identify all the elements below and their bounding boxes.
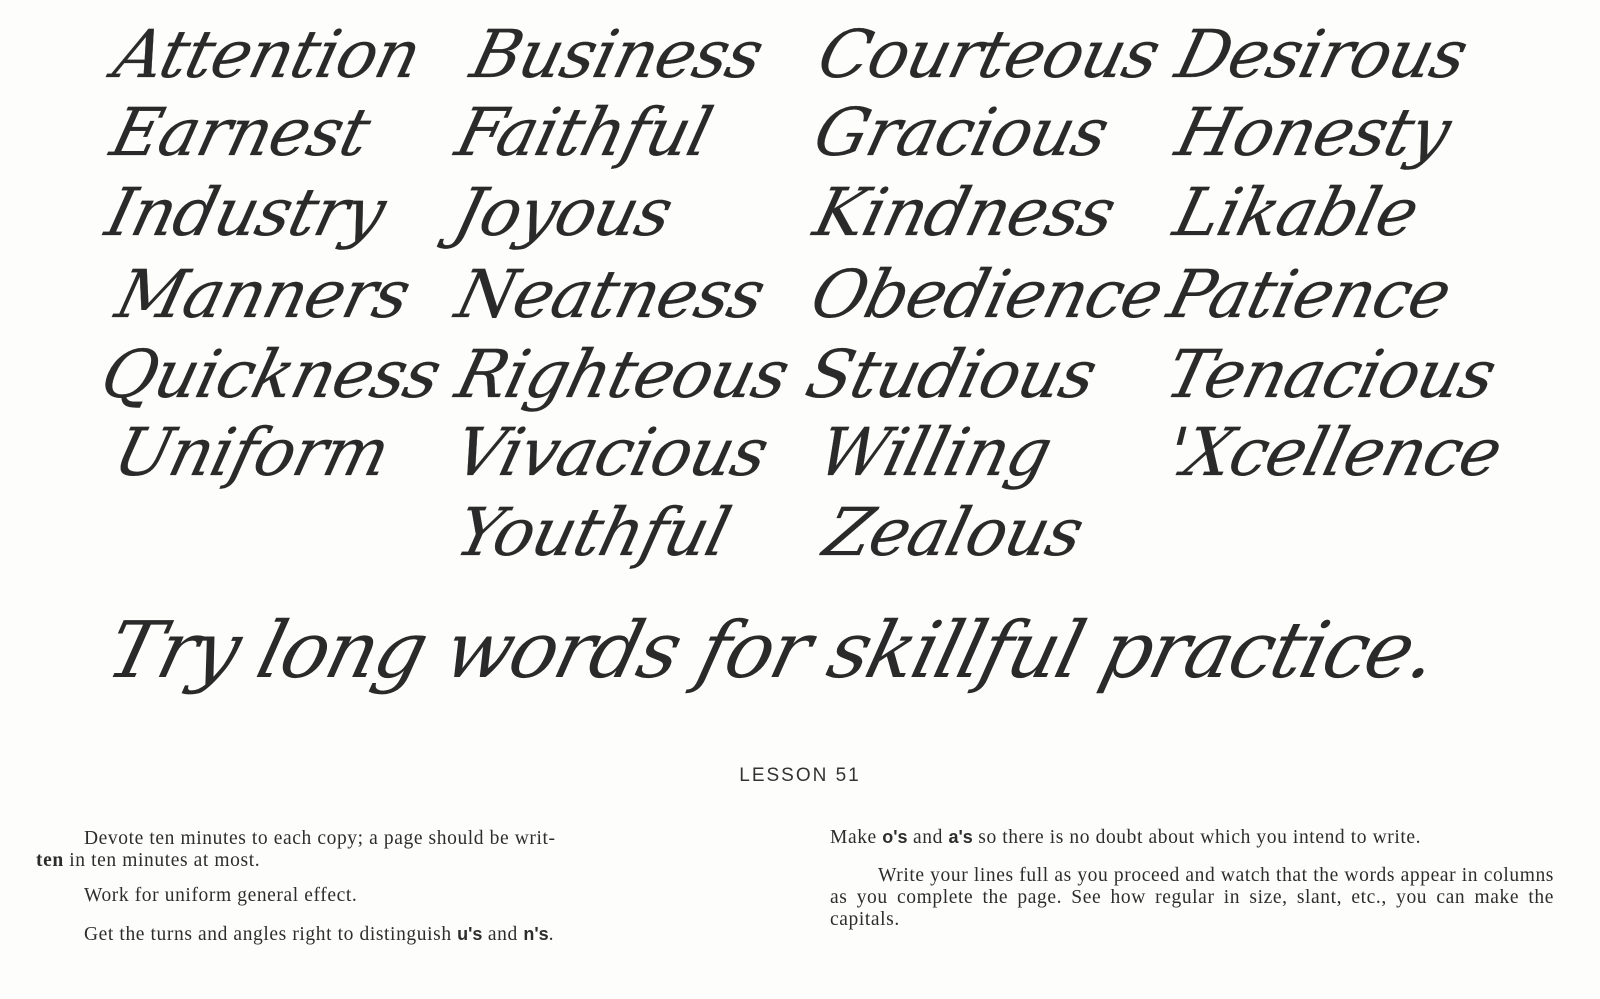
copy-word: Courteous	[812, 22, 1165, 88]
letter-example: a's	[948, 827, 972, 847]
instruction-paragraph: Get the turns and angles right to distin…	[36, 923, 764, 946]
instruction-text: and	[482, 924, 523, 945]
copy-word: Obedience	[805, 262, 1169, 328]
instruction-text: Get the turns and angles right to distin…	[84, 924, 457, 945]
penmanship-lesson-page: Attention Business Courteous Desirous Ea…	[0, 0, 1600, 999]
copy-word: Vivacious	[448, 420, 774, 486]
instruction-paragraph: Make o's and a's so there is no doubt ab…	[830, 826, 1554, 849]
instruction-paragraph: Devote ten minutes to each copy; a page …	[36, 828, 764, 872]
script-copy-grid: Attention Business Courteous Desirous Ea…	[0, 0, 1600, 600]
copy-word: Zealous	[818, 500, 1089, 566]
copy-word: Industry	[100, 180, 391, 246]
copy-word: Earnest	[105, 100, 376, 166]
copy-word: 'Xcellence	[1160, 420, 1507, 486]
letter-example: u's	[457, 924, 482, 944]
instruction-text: so there is no doubt about which you int…	[973, 827, 1421, 848]
instruction-text: .	[549, 924, 554, 945]
copy-word: Neatness	[450, 262, 770, 328]
copy-word: Faithful	[450, 100, 717, 166]
instruction-text: Write your lines full as you proceed and…	[830, 865, 1554, 930]
copy-word: Quickness	[95, 342, 446, 408]
instruction-paragraph: Write your lines full as you proceed and…	[830, 865, 1554, 931]
copy-word: Business	[465, 22, 769, 88]
motto-script-line: Try long words for skillful practice.	[100, 612, 1443, 690]
copy-word: Tenacious	[1160, 342, 1501, 408]
lesson-title: LESSON 51	[0, 765, 1600, 787]
copy-word: Desirous	[1170, 22, 1473, 88]
copy-word: Likable	[1168, 180, 1424, 246]
copy-word: Honesty	[1170, 100, 1456, 166]
copy-word: Willing	[812, 420, 1057, 486]
copy-word: Kindness	[808, 180, 1121, 246]
copy-word: Studious	[800, 342, 1102, 408]
letter-example: o's	[882, 827, 907, 847]
instruction-text: in ten minutes at most.	[64, 850, 260, 871]
instruction-text: Make	[830, 827, 882, 848]
copy-word: Attention	[108, 22, 426, 88]
copy-word: Righteous	[450, 342, 795, 408]
letter-example: n's	[523, 924, 548, 944]
instruction-text: Devote ten minutes to each copy; a page …	[36, 828, 764, 850]
copy-word: Patience	[1162, 262, 1456, 328]
instructions-right-column: Make o's and a's so there is no doubt ab…	[830, 826, 1554, 931]
instructions-left-column: Devote ten minutes to each copy; a page …	[36, 828, 764, 946]
instruction-text: Work for uniform general effect.	[84, 885, 357, 906]
copy-word: Joyous	[448, 180, 678, 246]
instruction-text: and	[908, 827, 949, 848]
copy-word: Uniform	[108, 420, 395, 486]
instruction-paragraph: Work for uniform general effect.	[36, 885, 764, 907]
copy-word: Youthful	[450, 500, 736, 566]
copy-word: Manners	[110, 262, 416, 328]
instruction-text-bold: ten	[36, 850, 64, 871]
copy-word: Gracious	[808, 100, 1114, 166]
